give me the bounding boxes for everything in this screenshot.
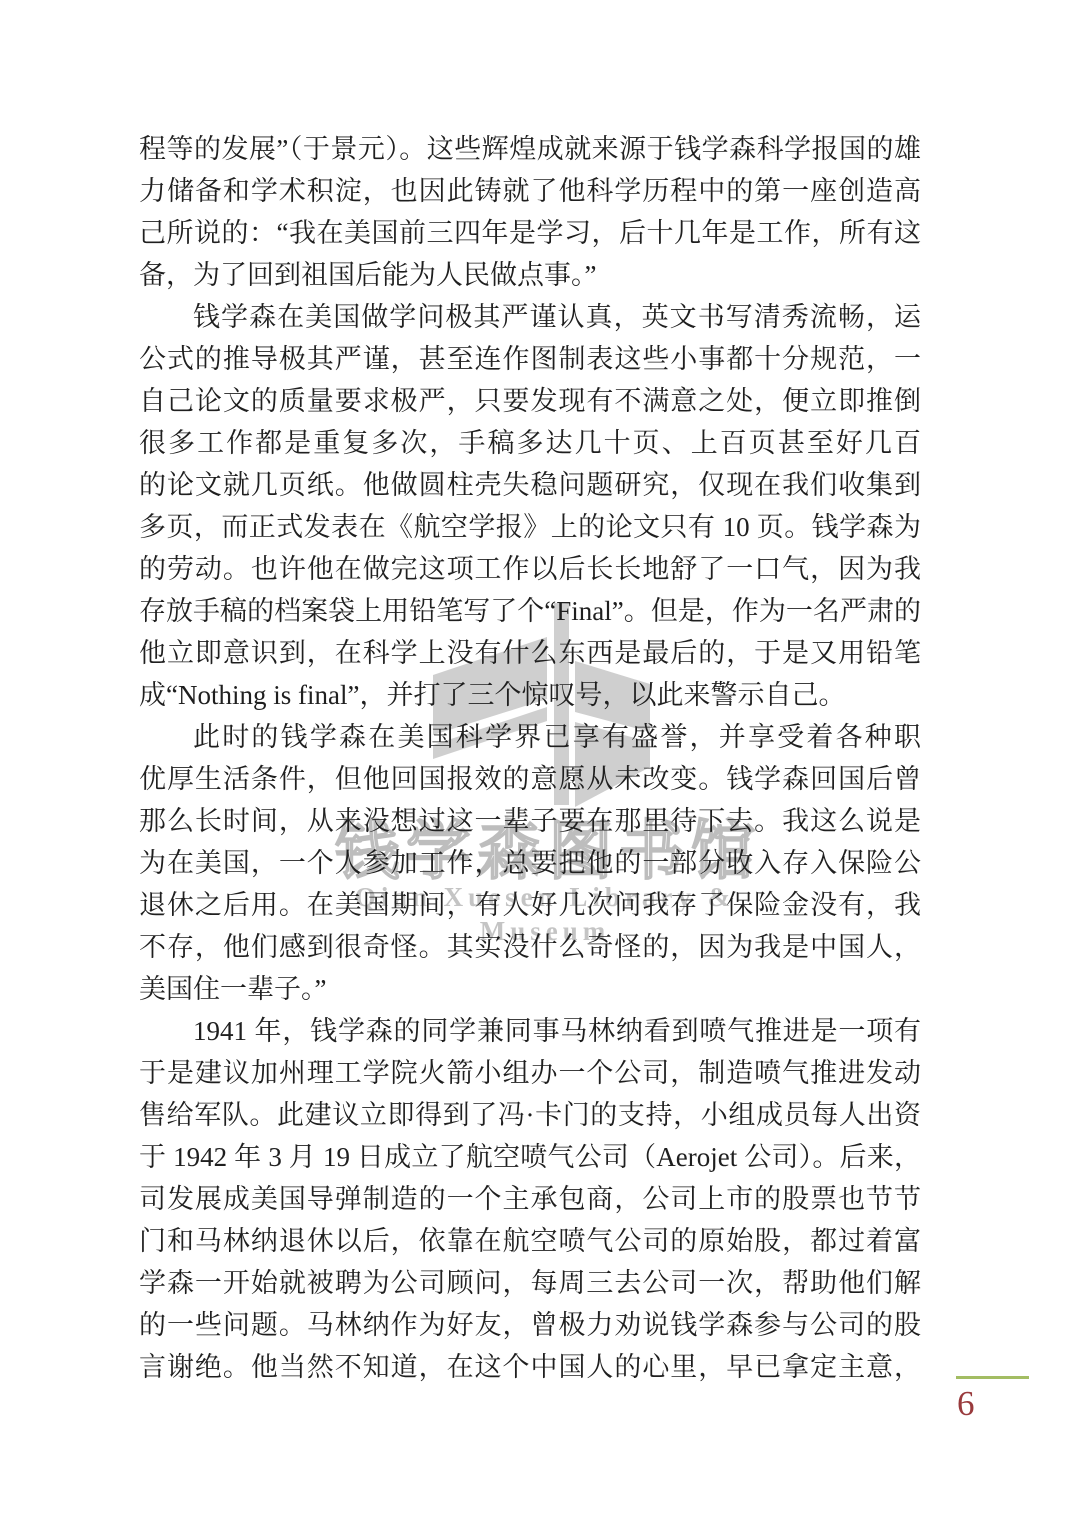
text-line: 于 1942 年 3 月 19 日成立了航空喷气公司（Aerojet 公司）。后…: [139, 1136, 921, 1178]
document-page: 钱学森图书馆 Qian Xuesen Library & Museum 程等的发…: [0, 0, 1074, 1520]
text-line: 的一些问题。马林纳作为好友，曾极力劝说钱学森参与公司的股权，均被其婉: [139, 1304, 921, 1346]
text-line: 备，为了回到祖国后能为人民做点事。”: [139, 254, 921, 296]
text-line: 力储备和学术积淀，也因此铸就了他科学历程中的第一座创造高峰。正如他自: [139, 170, 921, 212]
text-line: 存放手稿的档案袋上用铅笔写了个“Final”。但是，作为一名严肃的科学家，: [139, 590, 921, 632]
text-line: 言谢绝。他当然不知道，在这个中国人的心里，早已拿定主意，决不在美国待: [139, 1346, 921, 1388]
text-line: 的论文就几页纸。他做圆柱壳失稳问题研究，仅现在我们收集到的手稿就有 800: [139, 464, 921, 506]
text-line: 于是建议加州理工学院火箭小组办一个公司，制造喷气推进发动机的零配件出: [139, 1052, 921, 1094]
text-line: 程等的发展”（于景元）。这些辉煌成就来源于钱学森科学报国的雄心壮志、智: [139, 128, 921, 170]
text-line: 此时的钱学森在美国科学界已享有盛誉，并享受着各种职务、头衔带来的: [139, 716, 921, 758]
paragraph: 1941 年，钱学森的同学兼同事马林纳看到喷气推进是一项有利可图的事业，于是建议…: [139, 1010, 921, 1388]
text-line: 不存，他们感到很奇怪。其实没什么奇怪的，因为我是中国人，根本不打算在: [139, 926, 921, 968]
text-line: 那么长时间，从来没想过这一辈子要在那里待下去。我这么说是有根据的。因: [139, 800, 921, 842]
text-line: 门和马林纳退休以后，依靠在航空喷气公司的原始股，都过着富裕的生活。钱: [139, 1220, 921, 1262]
text-line: 售给军队。此建议立即得到了冯·卡门的支持，小组成员每人出资 200 美元，: [139, 1094, 921, 1136]
text-line: 他立即意识到，在科学上没有什么东西是最后的，于是又用铅笔将“Final”改: [139, 632, 921, 674]
text-line: 己所说的：“我在美国前三四年是学习，后十几年是工作，所有这一切都在做准: [139, 212, 921, 254]
text-line: 自己论文的质量要求极严，只要发现有不满意之处，便立即推倒重来。因此，: [139, 380, 921, 422]
text-line: 优厚生活条件，但他回国报效的意愿从未改变。钱学森回国后曾说：“我在美国: [139, 758, 921, 800]
paragraph: 程等的发展”（于景元）。这些辉煌成就来源于钱学森科学报国的雄心壮志、智力储备和学…: [139, 128, 921, 296]
text-line: 很多工作都是重复多次，手稿多达几十页、上百页甚至好几百页，而最后发表: [139, 422, 921, 464]
text-line: 公式的推导极其严谨，甚至连作图制表这些小事都十分规范，一丝不苟。他对: [139, 338, 921, 380]
text-line: 司发展成美国导弹制造的一个主承包商，公司上市的股票也节节攀升。冯·卡: [139, 1178, 921, 1220]
paragraph: 此时的钱学森在美国科学界已享有盛誉，并享受着各种职务、头衔带来的优厚生活条件，但…: [139, 716, 921, 1010]
text-line: 学森一开始就被聘为公司顾问，每周三去公司一次，帮助他们解决生产中遇到: [139, 1262, 921, 1304]
text-line: 退休之后用。在美国期间，有人好几次问我存了保险金没有，我说一块美元也: [139, 884, 921, 926]
paragraph: 钱学森在美国做学问极其严谨认真，英文书写清秀流畅，运算方程和计算公式的推导极其严…: [139, 296, 921, 716]
text-line: 钱学森在美国做学问极其严谨认真，英文书写清秀流畅，运算方程和计算: [139, 296, 921, 338]
text-line: 的劳动。也许他在做完这项工作以后长长地舒了一口气，因为我们看到，他在: [139, 548, 921, 590]
text-line: 为在美国，一个人参加工作，总要把他的一部分收入存入保险公司，以备晚年: [139, 842, 921, 884]
text-line: 多页，而正式发表在《航空学报》上的论文只有 10 页。钱学森为此付出了艰辛: [139, 506, 921, 548]
text-line: 成“Nothing is final”，并打了三个惊叹号，以此来警示自己。: [139, 674, 921, 716]
text-line: 美国住一辈子。”: [139, 968, 921, 1010]
document-body: 程等的发展”（于景元）。这些辉煌成就来源于钱学森科学报国的雄心壮志、智力储备和学…: [139, 128, 921, 1388]
page-number: 6: [957, 1384, 1017, 1424]
text-line: 1941 年，钱学森的同学兼同事马林纳看到喷气推进是一项有利可图的事业，: [139, 1010, 921, 1052]
footer-divider-line: [956, 1376, 1029, 1379]
